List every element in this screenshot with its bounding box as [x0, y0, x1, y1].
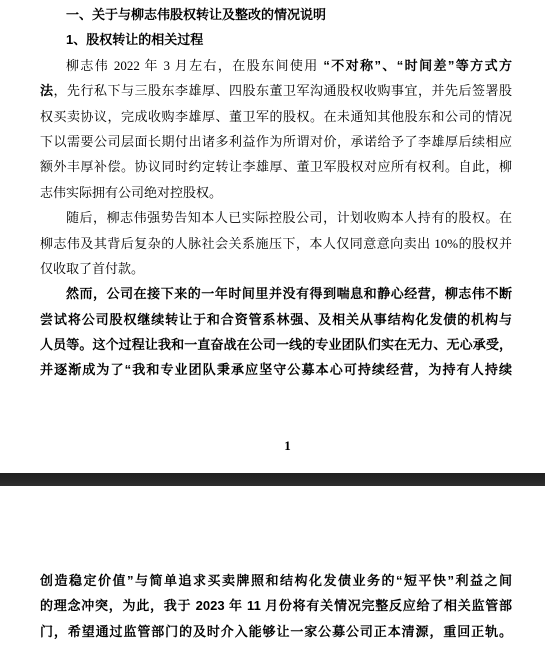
text-segment: ，先行私下与三股东李雄厚、四股东董卫军沟通股权收购事宜，并先后签署股: [54, 83, 512, 98]
bold-text-segment: 人员等。这个过程让我和一直奋战在公司一线的专业团队们实在无力、无心承受，: [40, 337, 512, 352]
document-page-2: 创造稳定价值”与简单追求买卖牌照和结构化发债业务的“短平快”利益之间的理念冲突，…: [0, 486, 545, 648]
text-line: 志伟实际拥有公司绝对控股权。: [40, 180, 512, 205]
bold-text-segment: 创造稳定价值”与简单追求买卖牌照和结构化发债业务的“短平快”利益之间: [40, 573, 512, 588]
bold-text-segment: “不对称”、“时间差”等方式方: [323, 58, 512, 73]
text-line: 然而，公司在接下来的一年时间里并没有得到喘息和静心经营，柳志伟不断: [40, 281, 512, 306]
bold-text-segment: 1、股权转让的相关过程: [66, 32, 203, 47]
text-segment: 下以需要公司层面长期付出诸多利益作为所谓对价，承诺给予了李雄厚后续相应: [40, 134, 512, 149]
text-segment: 权买卖协议，完成收购李雄厚、董卫军的股权。在未通知其他股东和公司的情况: [40, 109, 512, 124]
page-number: 1: [0, 437, 545, 455]
text-lines: 一、关于与柳志伟股权转让及整改的情况说明1、股权转让的相关过程柳志伟 2022 …: [40, 2, 512, 383]
document-page-1: 一、关于与柳志伟股权转让及整改的情况说明1、股权转让的相关过程柳志伟 2022 …: [0, 0, 545, 473]
bold-text-segment: 法: [40, 83, 54, 98]
text-segment: 柳志伟 2022 年 3 月左右，在股东间使用: [66, 58, 323, 73]
text-line: 权买卖协议，完成收购李雄厚、董卫军的股权。在未通知其他股东和公司的情况: [40, 104, 512, 129]
text-line: 随后，柳志伟强势告知本人已实际控股公司，计划收购本人持有的股权。在: [40, 205, 512, 230]
text-line: 柳志伟及其背后复杂的人脉社会关系施压下，本人仅同意意向卖出 10%的股权并: [40, 231, 512, 256]
text-line: 额外丰厚补偿。协议同时约定转让李雄厚、董卫军股权对应所有权利。自此，柳: [40, 154, 512, 179]
text-segment: 仅收取了首付款。: [40, 261, 144, 276]
text-line: 法，先行私下与三股东李雄厚、四股东董卫军沟通股权收购事宜，并先后签署股: [40, 78, 512, 103]
bold-text-segment: 的理念冲突，为此，我于 2023 年 11 月份将有关情况完整反应给了相关监管部: [40, 598, 512, 613]
text-line: 并逐渐成为了“我和专业团队秉承应坚守公募本心可持续经营，为持有人持续: [40, 357, 512, 382]
bold-text-segment: 一、关于与柳志伟股权转让及整改的情况说明: [66, 7, 326, 22]
text-segment: 志伟实际拥有公司绝对控股权。: [40, 185, 222, 200]
text-line: 柳志伟 2022 年 3 月左右，在股东间使用 “不对称”、“时间差”等方式方: [40, 53, 512, 78]
bold-text-segment: 并逐渐成为了“我和专业团队秉承应坚守公募本心可持续经营，为持有人持续: [40, 362, 512, 377]
bold-text-segment: 然而，公司在接下来的一年时间里并没有得到喘息和静心经营，柳志伟不断: [66, 286, 512, 301]
text-segment: 额外丰厚补偿。协议同时约定转让李雄厚、董卫军股权对应所有权利。自此，柳: [40, 159, 512, 174]
text-line: 下以需要公司层面长期付出诸多利益作为所谓对价，承诺给予了李雄厚后续相应: [40, 129, 512, 154]
text-segment: 柳志伟及其背后复杂的人脉社会关系施压下，本人仅同意意向卖出 10%的股权并: [40, 236, 512, 251]
text-line: 创造稳定价值”与简单追求买卖牌照和结构化发债业务的“短平快”利益之间: [40, 568, 512, 593]
page-separator-bar: [0, 473, 545, 486]
text-line: 一、关于与柳志伟股权转让及整改的情况说明: [40, 2, 512, 27]
text-line: 尝试将公司股权继续转让于和合资管系林强、及相关从事结构化发债的机构与: [40, 307, 512, 332]
bold-text-segment: 尝试将公司股权继续转让于和合资管系林强、及相关从事结构化发债的机构与: [40, 312, 512, 327]
text-line: 门，希望通过监管部门的及时介入能够让一家公募公司正本清源，重回正轨。: [40, 619, 512, 644]
text-line: 1、股权转让的相关过程: [40, 27, 512, 52]
text-line: 的理念冲突，为此，我于 2023 年 11 月份将有关情况完整反应给了相关监管部: [40, 593, 512, 618]
text-line: 人员等。这个过程让我和一直奋战在公司一线的专业团队们实在无力、无心承受，: [40, 332, 512, 357]
document-viewport: 一、关于与柳志伟股权转让及整改的情况说明1、股权转让的相关过程柳志伟 2022 …: [0, 0, 545, 648]
text-lines: 创造稳定价值”与简单追求买卖牌照和结构化发债业务的“短平快”利益之间的理念冲突，…: [40, 568, 512, 644]
text-segment: 随后，柳志伟强势告知本人已实际控股公司，计划收购本人持有的股权。在: [66, 210, 512, 225]
text-line: 仅收取了首付款。: [40, 256, 512, 281]
bold-text-segment: 门，希望通过监管部门的及时介入能够让一家公募公司正本清源，重回正轨。: [40, 624, 512, 639]
